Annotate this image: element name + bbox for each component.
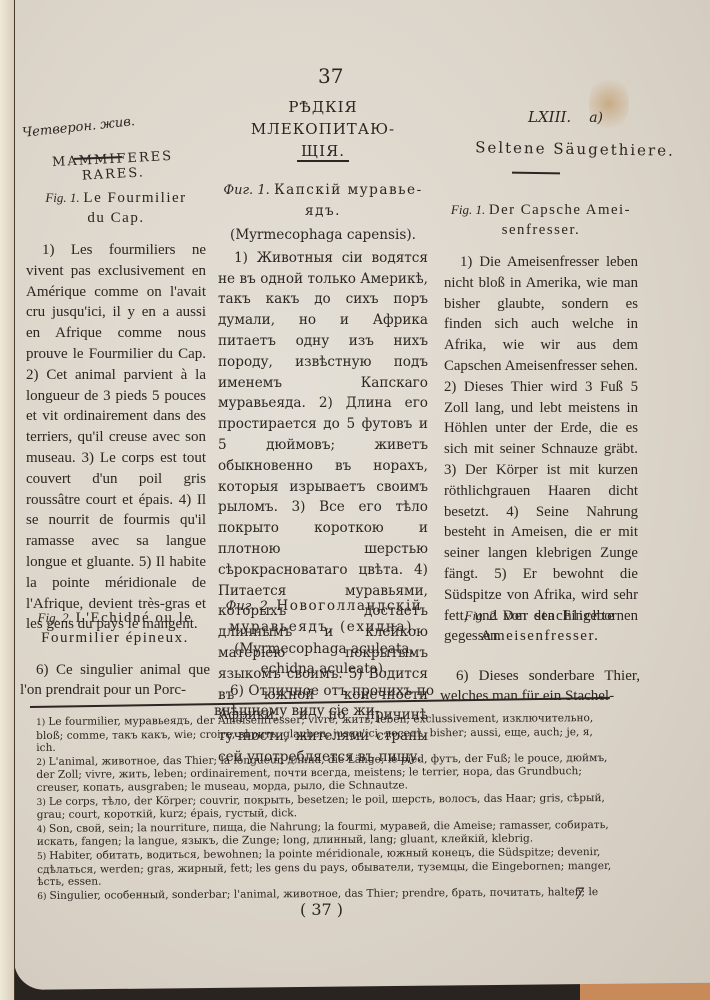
figure-title: Der stachlichte — [503, 608, 616, 624]
figure1-german-column: Fig. 1. Der Capsche Amei- senfresser. 1)… — [444, 200, 638, 647]
figure2-scientific-name: (Myrmecophaga aculeata, echidna aculeata… — [214, 639, 434, 679]
footnote-text: Son, свой, sein; la nourriture, пища, di… — [37, 819, 609, 849]
figure-label: Fig. 1. — [45, 190, 79, 205]
plate-number-label: LXIII. — [528, 108, 571, 126]
plate-sub-label: a) — [589, 110, 603, 126]
footnote: 4)Son, свой, sein; la nourriture, пища, … — [37, 819, 615, 849]
figure2-french-text: 6) Ce singulier animal que l'on prendrai… — [20, 660, 210, 700]
figure-label: Фиг. 1. — [223, 183, 269, 198]
footnote-text: L'animal, животное, das Thier; la longue… — [36, 752, 607, 794]
figure2-french-column: Fig. 2. L'Echidné ou le Fourmilier épine… — [20, 608, 210, 700]
title-french: MAMMIFERES RARES. — [27, 148, 198, 187]
running-head: Четверон. жив. — [22, 114, 136, 141]
footnote: 1)Le fourmilier, муравьеядъ, der Ameisen… — [36, 712, 614, 755]
footnote-number: 1) — [36, 718, 45, 728]
footnote-text: Le corps, тѣло, der Körper; couvrir, пок… — [37, 792, 605, 822]
figure1-french-text: 1) Les fourmiliers ne vivent pas exclusi… — [26, 240, 206, 635]
title-russian-line2: ЩІЯ. — [218, 140, 428, 162]
footnote-text: Le fourmilier, муравьеядъ, der Ameisenfr… — [36, 712, 593, 754]
figure-title: L'Echidné ou le — [76, 610, 193, 626]
figure1-scientific-name: (Myrmecophaga capensis). — [218, 225, 428, 246]
footnote: 5)Habiter, обитать, водиться, bewohnen; … — [37, 846, 615, 889]
figure-label: Fig. 2. — [38, 610, 72, 625]
figure-label: Fig. 1. — [451, 202, 485, 217]
figure-title-cont: du Cap. — [87, 210, 144, 226]
footnote-number: 5) — [37, 852, 46, 862]
figure-label: Фиг. 2. — [226, 599, 272, 614]
figure-label: Fig. 2. — [465, 608, 499, 623]
figure2-russian-heading: Фиг. 2. Новоголландскій муравьеядъ, (ехи… — [214, 596, 434, 637]
divider-russian — [297, 160, 349, 162]
page-content: 37 Четверон. жив. MAMMIFERES RARES. РѢДК… — [0, 0, 710, 1000]
footnote-number: 2) — [36, 758, 45, 768]
figure-title: Новоголландскій — [276, 598, 422, 614]
title-russian: РѢДКІЯ МЛЕКОПИТАЮ- ЩІЯ. — [218, 96, 428, 162]
figure-title: Le Fourmilier — [83, 190, 186, 206]
footnotes-glossary: 1)Le fourmilier, муравьеядъ, der Ameisen… — [36, 712, 615, 904]
footnote-number: 3) — [37, 797, 46, 807]
figure2-french-heading: Fig. 2. L'Echidné ou le Fourmilier épine… — [20, 608, 210, 648]
folio-number: ( 37 ) — [300, 900, 343, 919]
figure2-german-column: Fig. 2. Der stachlichte Ameisenfresser. … — [440, 606, 640, 706]
figure1-german-heading: Fig. 1. Der Capsche Amei- senfresser. — [444, 200, 638, 240]
footnote: 3)Le corps, тѣло, der Körper; couvrir, п… — [37, 792, 615, 822]
figure-title-cont: Fourmilier épineux. — [41, 630, 189, 646]
figure-title-cont: senfresser. — [502, 222, 581, 238]
figure-title-cont: муравьеядъ, (ехидна). — [229, 619, 418, 635]
figure-title: Der Capsche Amei- — [489, 202, 631, 218]
figure-title: Капскій муравье- — [274, 182, 423, 198]
footnote-number: 4) — [37, 825, 46, 835]
title-german: Seltene Säugethiere. — [440, 138, 710, 161]
plate-number: LXIII.a) — [528, 108, 603, 126]
footnote-text: Habiter, обитать, водиться, bewohnen; la… — [37, 846, 611, 888]
figure1-french-heading: Fig. 1. Le Fourmilier du Cap. — [26, 188, 206, 228]
figure2-german-heading: Fig. 2. Der stachlichte Ameisenfresser. — [440, 606, 640, 646]
divider-german — [512, 172, 560, 175]
printer-signature: 7 — [574, 884, 584, 903]
footnote: 2)L'animal, животное, das Thier; la long… — [36, 752, 614, 795]
figure1-german-text: 1) Die Ameisenfresser leben nicht bloß i… — [444, 252, 638, 647]
figure-title-cont: ядъ. — [305, 203, 341, 219]
figure-title-cont: Ameisenfresser. — [481, 628, 600, 644]
footnote-number: 6) — [37, 892, 46, 902]
page-number: 37 — [318, 64, 343, 88]
figure1-russian-heading: Фиг. 1. Капскій муравье- ядъ. — [218, 180, 428, 221]
figure1-french-column: Fig. 1. Le Fourmilier du Cap. 1) Les fou… — [26, 188, 206, 635]
title-russian-line1: РѢДКІЯ МЛЕКОПИТАЮ- — [218, 96, 428, 140]
